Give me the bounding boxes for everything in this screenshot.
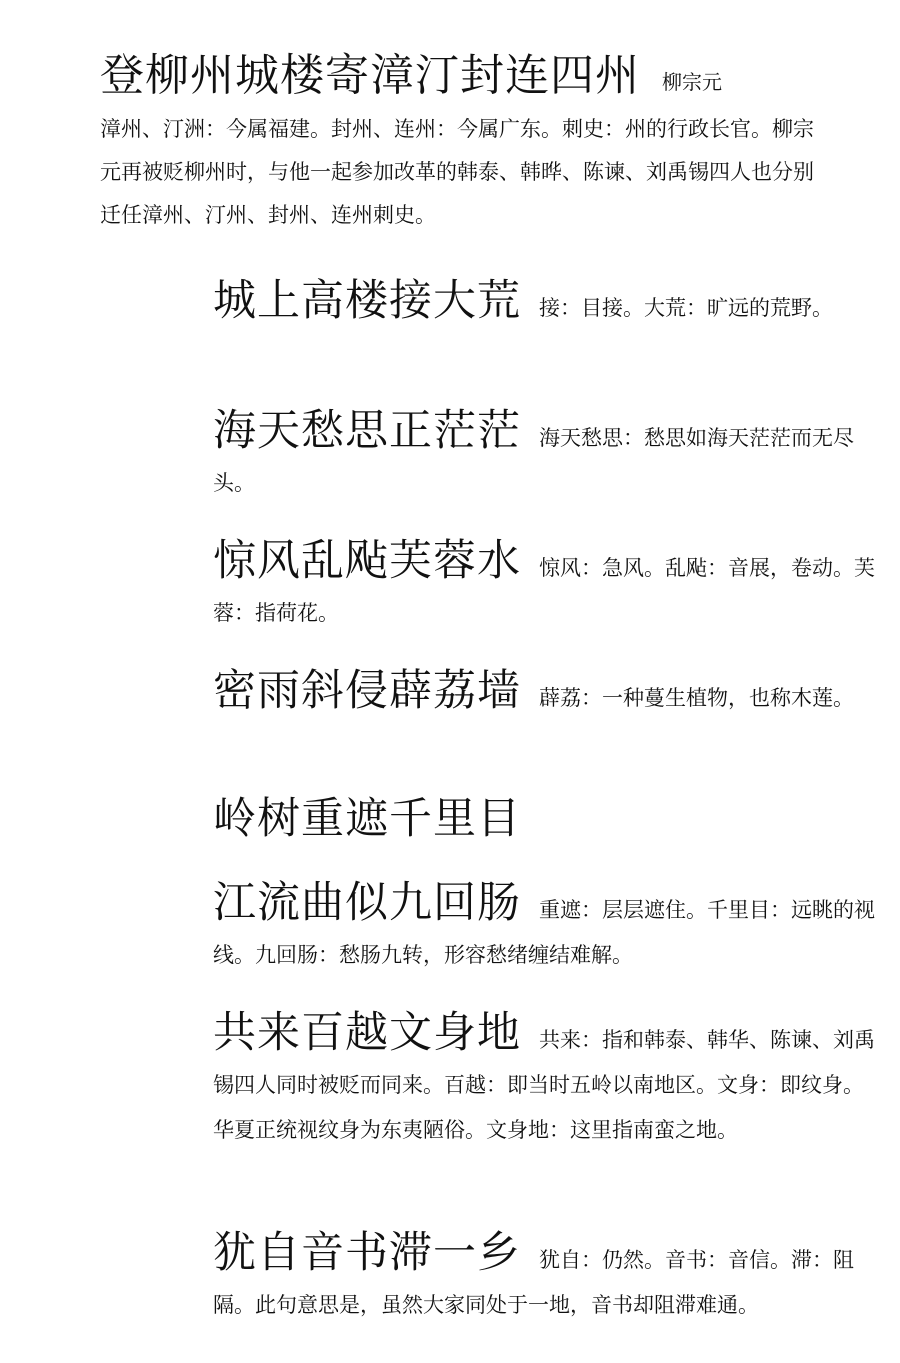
title-annotation: 漳州、汀洲：今属福建。封州、连州：今属广东。刺史：州的行政长官。柳宗元再被贬柳州…: [100, 108, 825, 237]
poem-line-6: 江流曲似九回肠重遮：层层遮住。千里目：远眺的视线。九回肠：愁肠九转，形容愁绪缠结…: [213, 876, 878, 978]
poem-line-3: 惊风乱飐芙蓉水惊风：急风。乱飐：音展，卷动。芙蓉：指荷花。: [213, 534, 878, 636]
poem-line-1: 城上高楼接大荒接：目接。大荒：旷远的荒野。: [213, 274, 878, 331]
verse-annotation: 薜荔：一种蔓生植物，也称木莲。: [539, 686, 854, 710]
verse-annotation: 接：目接。大荒：旷远的荒野。: [539, 296, 833, 320]
verse-text: 岭树重遮千里目: [213, 794, 521, 844]
poem-line-8: 犹自音书滞一乡犹自：仍然。音书：音信。滞：阻隔。此句意思是，虽然大家同处于一地，…: [213, 1226, 878, 1328]
poem-title: 登柳州城楼寄漳汀封连四州: [100, 48, 640, 104]
verse-text: 犹自音书滞一乡: [213, 1228, 521, 1278]
poem-header: 登柳州城楼寄漳汀封连四州 柳宗元 漳州、汀洲：今属福建。封州、连州：今属广东。刺…: [100, 40, 830, 237]
poem-author: 柳宗元: [662, 68, 722, 96]
poem-line-7: 共来百越文身地共来：指和韩泰、韩华、陈谏、刘禹锡四人同时被贬而同来。百越：即当时…: [213, 1006, 878, 1153]
verse-text: 共来百越文身地: [213, 1008, 521, 1058]
title-row: 登柳州城楼寄漳汀封连四州 柳宗元: [100, 40, 830, 104]
verse-text: 密雨斜侵薜荔墙: [213, 666, 521, 716]
poem-line-2: 海天愁思正茫茫海天愁思：愁思如海天茫茫而无尽头。: [213, 404, 878, 506]
poem-line-5: 岭树重遮千里目: [213, 792, 878, 849]
poem-line-4: 密雨斜侵薜荔墙薜荔：一种蔓生植物，也称木莲。: [213, 664, 878, 721]
verse-text: 城上高楼接大荒: [213, 276, 521, 326]
verse-text: 海天愁思正茫茫: [213, 406, 521, 456]
verse-text: 江流曲似九回肠: [213, 878, 521, 928]
verse-text: 惊风乱飐芙蓉水: [213, 536, 521, 586]
